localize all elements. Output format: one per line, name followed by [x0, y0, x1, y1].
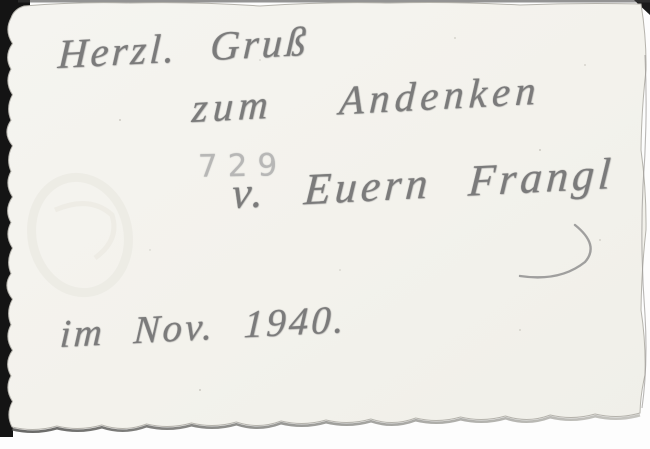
scanned-photo-back: Herzl. Gruß zum Andenken 729 v. Euern Fr…	[0, 0, 650, 449]
scan-top-dark-line	[18, 0, 650, 3]
